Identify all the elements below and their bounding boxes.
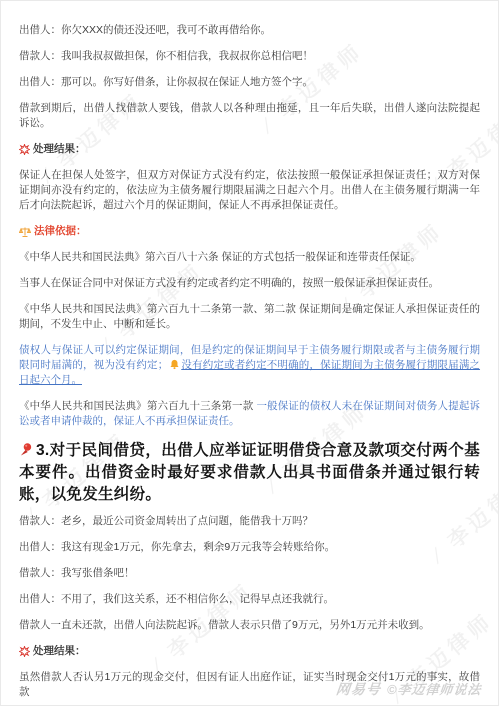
footer-watermark: 网易号©李迈律师说法 <box>335 679 483 699</box>
dialog-line: 出借人：那可以。你写好借条，让你叔叔在保证人地方签个字。 <box>19 75 480 90</box>
section-heading: 3.对于民间借贷，出借人应举证证明借贷合意及款项交付两个基本要件。出借资金时最好… <box>19 440 480 506</box>
dialog-line: 出借人：我这有现金1万元，你先拿去，剩余9万元我等会转账给你。 <box>19 540 480 555</box>
case-narrative: 借款到期后，出借人找借款人要钱，借款人以各种理由拖延，且一年后失联，出借人遂向法… <box>19 101 480 131</box>
dialog-line: 借款人：我写张借条吧！ <box>19 566 480 581</box>
dialog-line: 出借人：你欠XXX的债还没还吧，我可不敢再借给你。 <box>19 23 480 38</box>
dialog-line: 借款人：我叫我叔叔做担保，你不相信我，我叔叔你总相信吧！ <box>19 49 480 64</box>
scales-icon <box>19 226 31 238</box>
law-citation: 《中华人民共和国民法典》第六百九十三条第一款 一般保证的债权人未在保证期间对债务… <box>19 399 480 429</box>
account-name: ©李迈律师说法 <box>387 682 483 697</box>
dialog-line: 借款人：老乡，最近公司资金周转出了点问题，能借我十万吗？ <box>19 514 480 529</box>
section-heading-text: 3.对于民间借贷，出借人应举证证明借贷合意及款项交付两个基本要件。出借资金时最好… <box>19 442 480 503</box>
pushpin-icon <box>19 442 34 457</box>
result-label-row: 处理结果： <box>19 142 480 157</box>
dialog-line: 出借人：不用了，我们这关系，还不相信你么，记得早点还我就行。 <box>19 592 480 607</box>
bell-icon <box>169 359 180 370</box>
article-body: 出借人：你欠XXX的债还没还吧，我可不敢再借给你。 借款人：我叫我叔叔做担保，你… <box>19 23 480 700</box>
result-label: 处理结果： <box>33 142 86 157</box>
law-citation-highlight: 当事人在保证合同中对保证方式没有约定或者约定不明确的，按照一般保证承担保证责任。 <box>19 276 480 291</box>
legal-basis-label: 法律依据： <box>34 224 87 239</box>
law-citation: 《中华人民共和国民法典》第六百九十二条第一款、第二款 保证期间是确定保证人承担保… <box>19 302 480 332</box>
law-citation: 《中华人民共和国民法典》第六百八十六条 保证的方式包括一般保证和连带责任保证。 <box>19 250 480 265</box>
case-narrative: 借款人一直未还款，出借人向法院起诉。借款人表示只借了9万元，另外1万元并未收到。 <box>19 618 480 633</box>
platform-logo-text: 网易号 <box>336 681 383 697</box>
result-text: 保证人在担保人处签字，但双方对保证方式没有约定，依法按照一般保证承担保证责任；双… <box>19 168 480 213</box>
law-text-black: 《中华人民共和国民法典》第六百九十三条第一款 <box>19 400 256 412</box>
law-citation-highlight: 债权人与保证人可以约定保证期间，但是约定的保证期间早于主债务履行期限或者与主债务… <box>19 343 480 388</box>
result-label: 处理结果： <box>33 644 86 659</box>
burst-icon <box>19 144 30 155</box>
burst-icon <box>19 646 30 657</box>
legal-basis-label-row: 法律依据： <box>19 224 480 239</box>
result-label-row: 处理结果： <box>19 644 480 659</box>
article-page: 李迈律师 李迈律师 李迈律师 李迈律师 李迈律师 李迈律师 李迈律师 李迈律师 … <box>0 0 499 706</box>
